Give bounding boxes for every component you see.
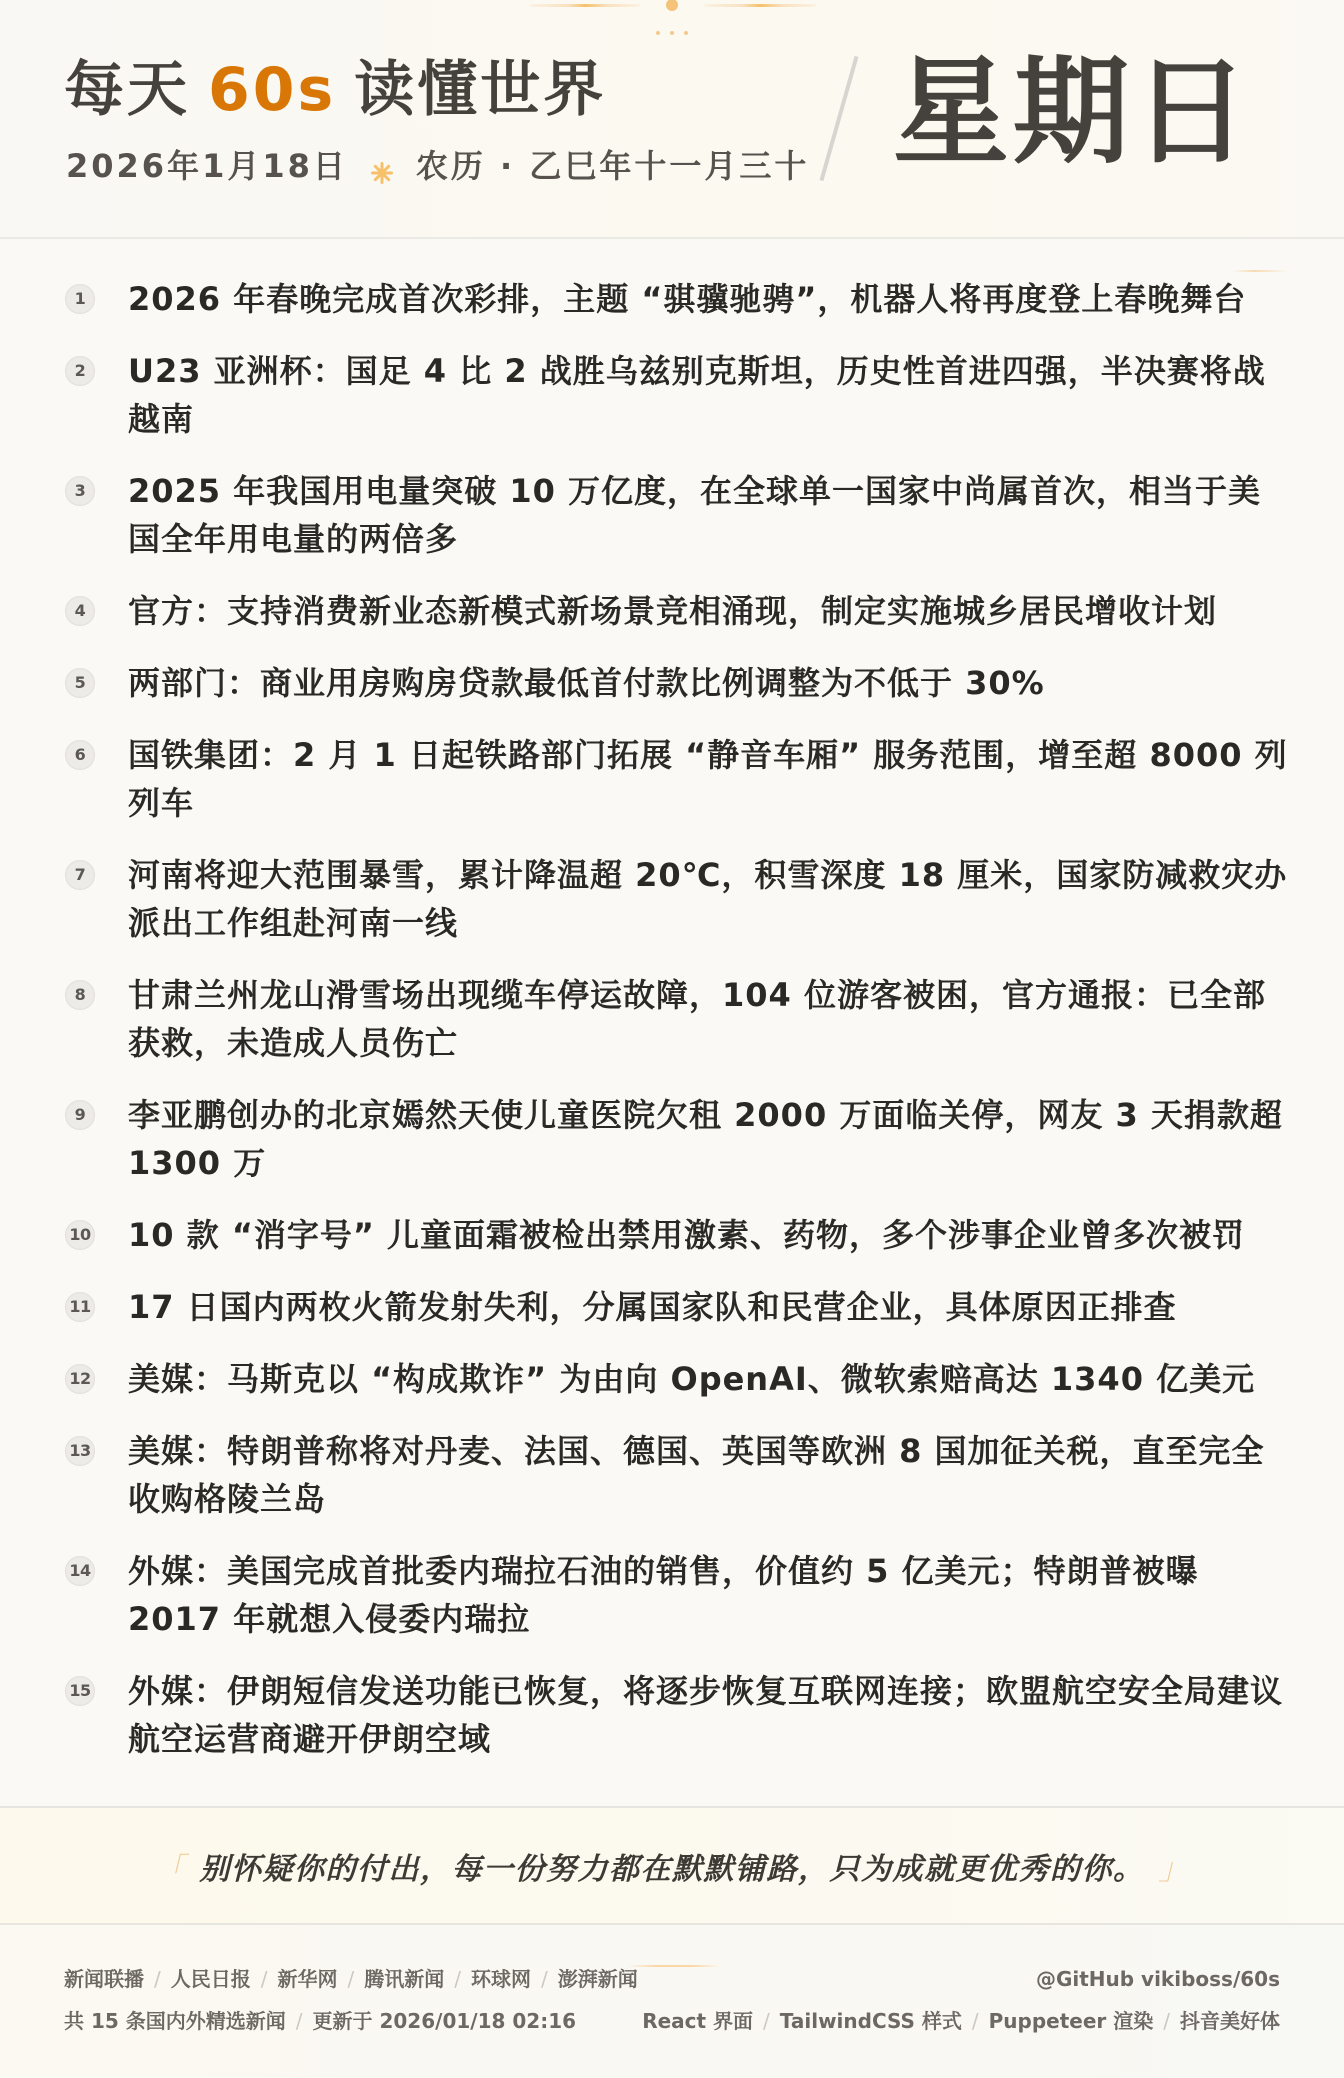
news-text: 外媒：美国完成首批委内瑞拉石油的销售，价值约 5 亿美元；特朗普被曝 2017 … [128,1547,1288,1643]
news-text: 10 款 “消字号” 儿童面霜被检出禁用激素、药物，多个涉事企业曾多次被罚 [128,1211,1288,1259]
news-item: 2 U23 亚洲杯：国足 4 比 2 战胜乌兹别克斯坦，历史性首进四强，半决赛将… [0,347,1344,443]
quote-open-mark: 「 [154,1844,186,1888]
divider-slash [820,56,859,181]
quote-text: 别怀疑你的付出，每一份努力都在默默铺路，只为成就更优秀的你。 [200,1844,1145,1888]
top-ornament-dot [684,31,688,35]
top-ornament-dot [670,31,674,35]
news-text: 美媒：特朗普称将对丹麦、法国、德国、英国等欧洲 8 国加征关税，直至完全收购格陵… [128,1427,1288,1523]
news-index-badge: 6 [65,740,95,770]
daily-quote: 「 别怀疑你的付出，每一份努力都在默默铺路，只为成就更优秀的你。 」 [0,1806,1344,1925]
news-item: 11 17 日国内两枚火箭发射失利，分属国家队和民营企业，具体原因正排查 [0,1283,1344,1331]
lunar-date: 农历 · 乙巳年十一月三十 [416,146,809,186]
separator: / [154,1965,161,1993]
news-text: 两部门：商业用房购房贷款最低首付款比例调整为不低于 30% [128,659,1288,707]
news-item: 14 外媒：美国完成首批委内瑞拉石油的销售，价值约 5 亿美元；特朗普被曝 20… [0,1547,1344,1643]
news-index-badge: 13 [65,1436,95,1466]
news-index-badge: 15 [65,1676,95,1706]
separator: / [348,1965,355,1993]
title-suffix: 读懂世界 [354,55,606,125]
news-index-badge: 1 [65,284,95,314]
news-index-badge: 7 [65,860,95,890]
news-text: 国铁集团：2 月 1 日起铁路部门拓展 “静音车厢” 服务范围，增至超 8000… [128,731,1288,827]
news-list: 1 2026 年春晚完成首次彩排，主题 “骐骥驰骋”，机器人将再度登上春晚舞台 … [0,239,1344,1806]
updated-timestamp: 更新于 2026/01/18 02:16 [313,2007,577,2035]
top-ornament-line-right [704,4,816,7]
news-text: 17 日国内两枚火箭发射失利，分属国家队和民营企业，具体原因正排查 [128,1283,1288,1331]
news-index-badge: 4 [65,596,95,626]
news-index-badge: 9 [65,1100,95,1130]
quote-close-mark: 」 [1159,1844,1191,1888]
news-text: 美媒：马斯克以 “构成欺诈” 为由向 OpenAI、微软索赔高达 1340 亿美… [128,1355,1288,1403]
separator: / [454,1965,461,1993]
news-text: 2025 年我国用电量突破 10 万亿度，在全球单一国家中尚属首次，相当于美国全… [128,467,1288,563]
news-item: 13 美媒：特朗普称将对丹麦、法国、德国、英国等欧洲 8 国加征关税，直至完全收… [0,1427,1344,1523]
footer: 新闻联播 / 人民日报 / 新华网 / 腾讯新闻 / 环球网 / 澎湃新闻 共 … [0,1925,1344,2078]
news-item: 1 2026 年春晚完成首次彩排，主题 “骐骥驰骋”，机器人将再度登上春晚舞台 [0,275,1344,323]
news-text: 官方：支持消费新业态新模式新场景竞相涌现，制定实施城乡居民增收计划 [128,587,1288,635]
daily-news-poster: 每天60s读懂世界 2026年1月18日 农历 · 乙巳年十一月三十 星期日 [0,0,1344,2078]
source-name: 新华网 [278,1965,338,1993]
top-ornament-dot [656,31,660,35]
separator: / [1163,2007,1170,2035]
credit: @GitHub vikiboss/60s [1036,1965,1280,1993]
news-index-badge: 8 [65,980,95,1010]
separator: / [972,2007,979,2035]
news-item: 15 外媒：伊朗短信发送功能已恢复，将逐步恢复互联网连接；欧盟航空安全局建议航空… [0,1667,1344,1763]
news-item: 6 国铁集团：2 月 1 日起铁路部门拓展 “静音车厢” 服务范围，增至超 80… [0,731,1344,827]
news-text: 甘肃兰州龙山滑雪场出现缆车停运故障，104 位游客被困，官方通报：已全部获救，未… [128,971,1288,1067]
tech-stack: React 界面 / TailwindCSS 样式 / Puppeteer 渲染… [642,2007,1280,2035]
news-index-badge: 14 [65,1556,95,1586]
solar-date: 2026年1月18日 [66,146,348,186]
news-item: 7 河南将迎大范围暴雪，累计降温超 20℃，积雪深度 18 厘米，国家防减救灾办… [0,851,1344,947]
separator: / [261,1965,268,1993]
source-name: 环球网 [471,1965,531,1993]
separator: / [541,1965,548,1993]
news-item: 8 甘肃兰州龙山滑雪场出现缆车停运故障，104 位游客被困，官方通报：已全部获救… [0,971,1344,1067]
news-index-badge: 10 [65,1220,95,1250]
header: 每天60s读懂世界 2026年1月18日 农历 · 乙巳年十一月三十 星期日 [0,0,1344,239]
source-name: 腾讯新闻 [364,1965,444,1993]
news-text: U23 亚洲杯：国足 4 比 2 战胜乌兹别克斯坦，历史性首进四强，半决赛将战越… [128,347,1288,443]
news-item: 5 两部门：商业用房购房贷款最低首付款比例调整为不低于 30% [0,659,1344,707]
tech-item: TailwindCSS 样式 [780,2007,962,2035]
tech-item: React 界面 [642,2007,753,2035]
news-text: 李亚鹏创办的北京嫣然天使儿童医院欠租 2000 万面临关停，网友 3 天捐款超 … [128,1091,1288,1187]
corner-ornament [1232,270,1288,272]
weekday: 星期日 [893,48,1253,178]
asterisk-icon [370,154,394,178]
news-item: 9 李亚鹏创办的北京嫣然天使儿童医院欠租 2000 万面临关停，网友 3 天捐款… [0,1091,1344,1187]
news-index-badge: 2 [65,356,95,386]
news-text: 2026 年春晚完成首次彩排，主题 “骐骥驰骋”，机器人将再度登上春晚舞台 [128,275,1288,323]
news-index-badge: 5 [65,668,95,698]
separator: / [296,2007,303,2035]
news-meta: 共 15 条国内外精选新闻 / 更新于 2026/01/18 02:16 [64,2007,576,2035]
tech-item: Puppeteer 渲染 [989,2007,1154,2035]
date-row: 2026年1月18日 农历 · 乙巳年十一月三十 [66,146,809,186]
news-item: 12 美媒：马斯克以 “构成欺诈” 为由向 OpenAI、微软索赔高达 1340… [0,1355,1344,1403]
source-name: 新闻联播 [64,1965,144,1993]
page-title: 每天60s读懂世界 [64,55,606,125]
news-count-summary: 共 15 条国内外精选新闻 [64,2007,286,2035]
source-list: 新闻联播 / 人民日报 / 新华网 / 腾讯新闻 / 环球网 / 澎湃新闻 [64,1965,638,1993]
news-item: 10 10 款 “消字号” 儿童面霜被检出禁用激素、药物，多个涉事企业曾多次被罚 [0,1211,1344,1259]
separator: / [763,2007,770,2035]
top-ornament-line-left [530,4,640,7]
title-highlight: 60s [208,55,336,125]
news-index-badge: 12 [65,1364,95,1394]
news-text: 河南将迎大范围暴雪，累计降温超 20℃，积雪深度 18 厘米，国家防减救灾办派出… [128,851,1288,947]
source-name: 澎湃新闻 [558,1965,638,1993]
footer-ornament-line [628,1965,720,1967]
top-ornament-circle [666,0,678,11]
news-index-badge: 3 [65,476,95,506]
news-text: 外媒：伊朗短信发送功能已恢复，将逐步恢复互联网连接；欧盟航空安全局建议航空运营商… [128,1667,1288,1763]
source-name: 人民日报 [171,1965,251,1993]
news-index-badge: 11 [65,1292,95,1322]
github-credit: @GitHub vikiboss/60s [1036,1965,1280,1993]
news-item: 3 2025 年我国用电量突破 10 万亿度，在全球单一国家中尚属首次，相当于美… [0,467,1344,563]
title-prefix: 每天 [64,55,190,125]
news-item: 4 官方：支持消费新业态新模式新场景竞相涌现，制定实施城乡居民增收计划 [0,587,1344,635]
tech-item: 抖音美好体 [1180,2007,1280,2035]
